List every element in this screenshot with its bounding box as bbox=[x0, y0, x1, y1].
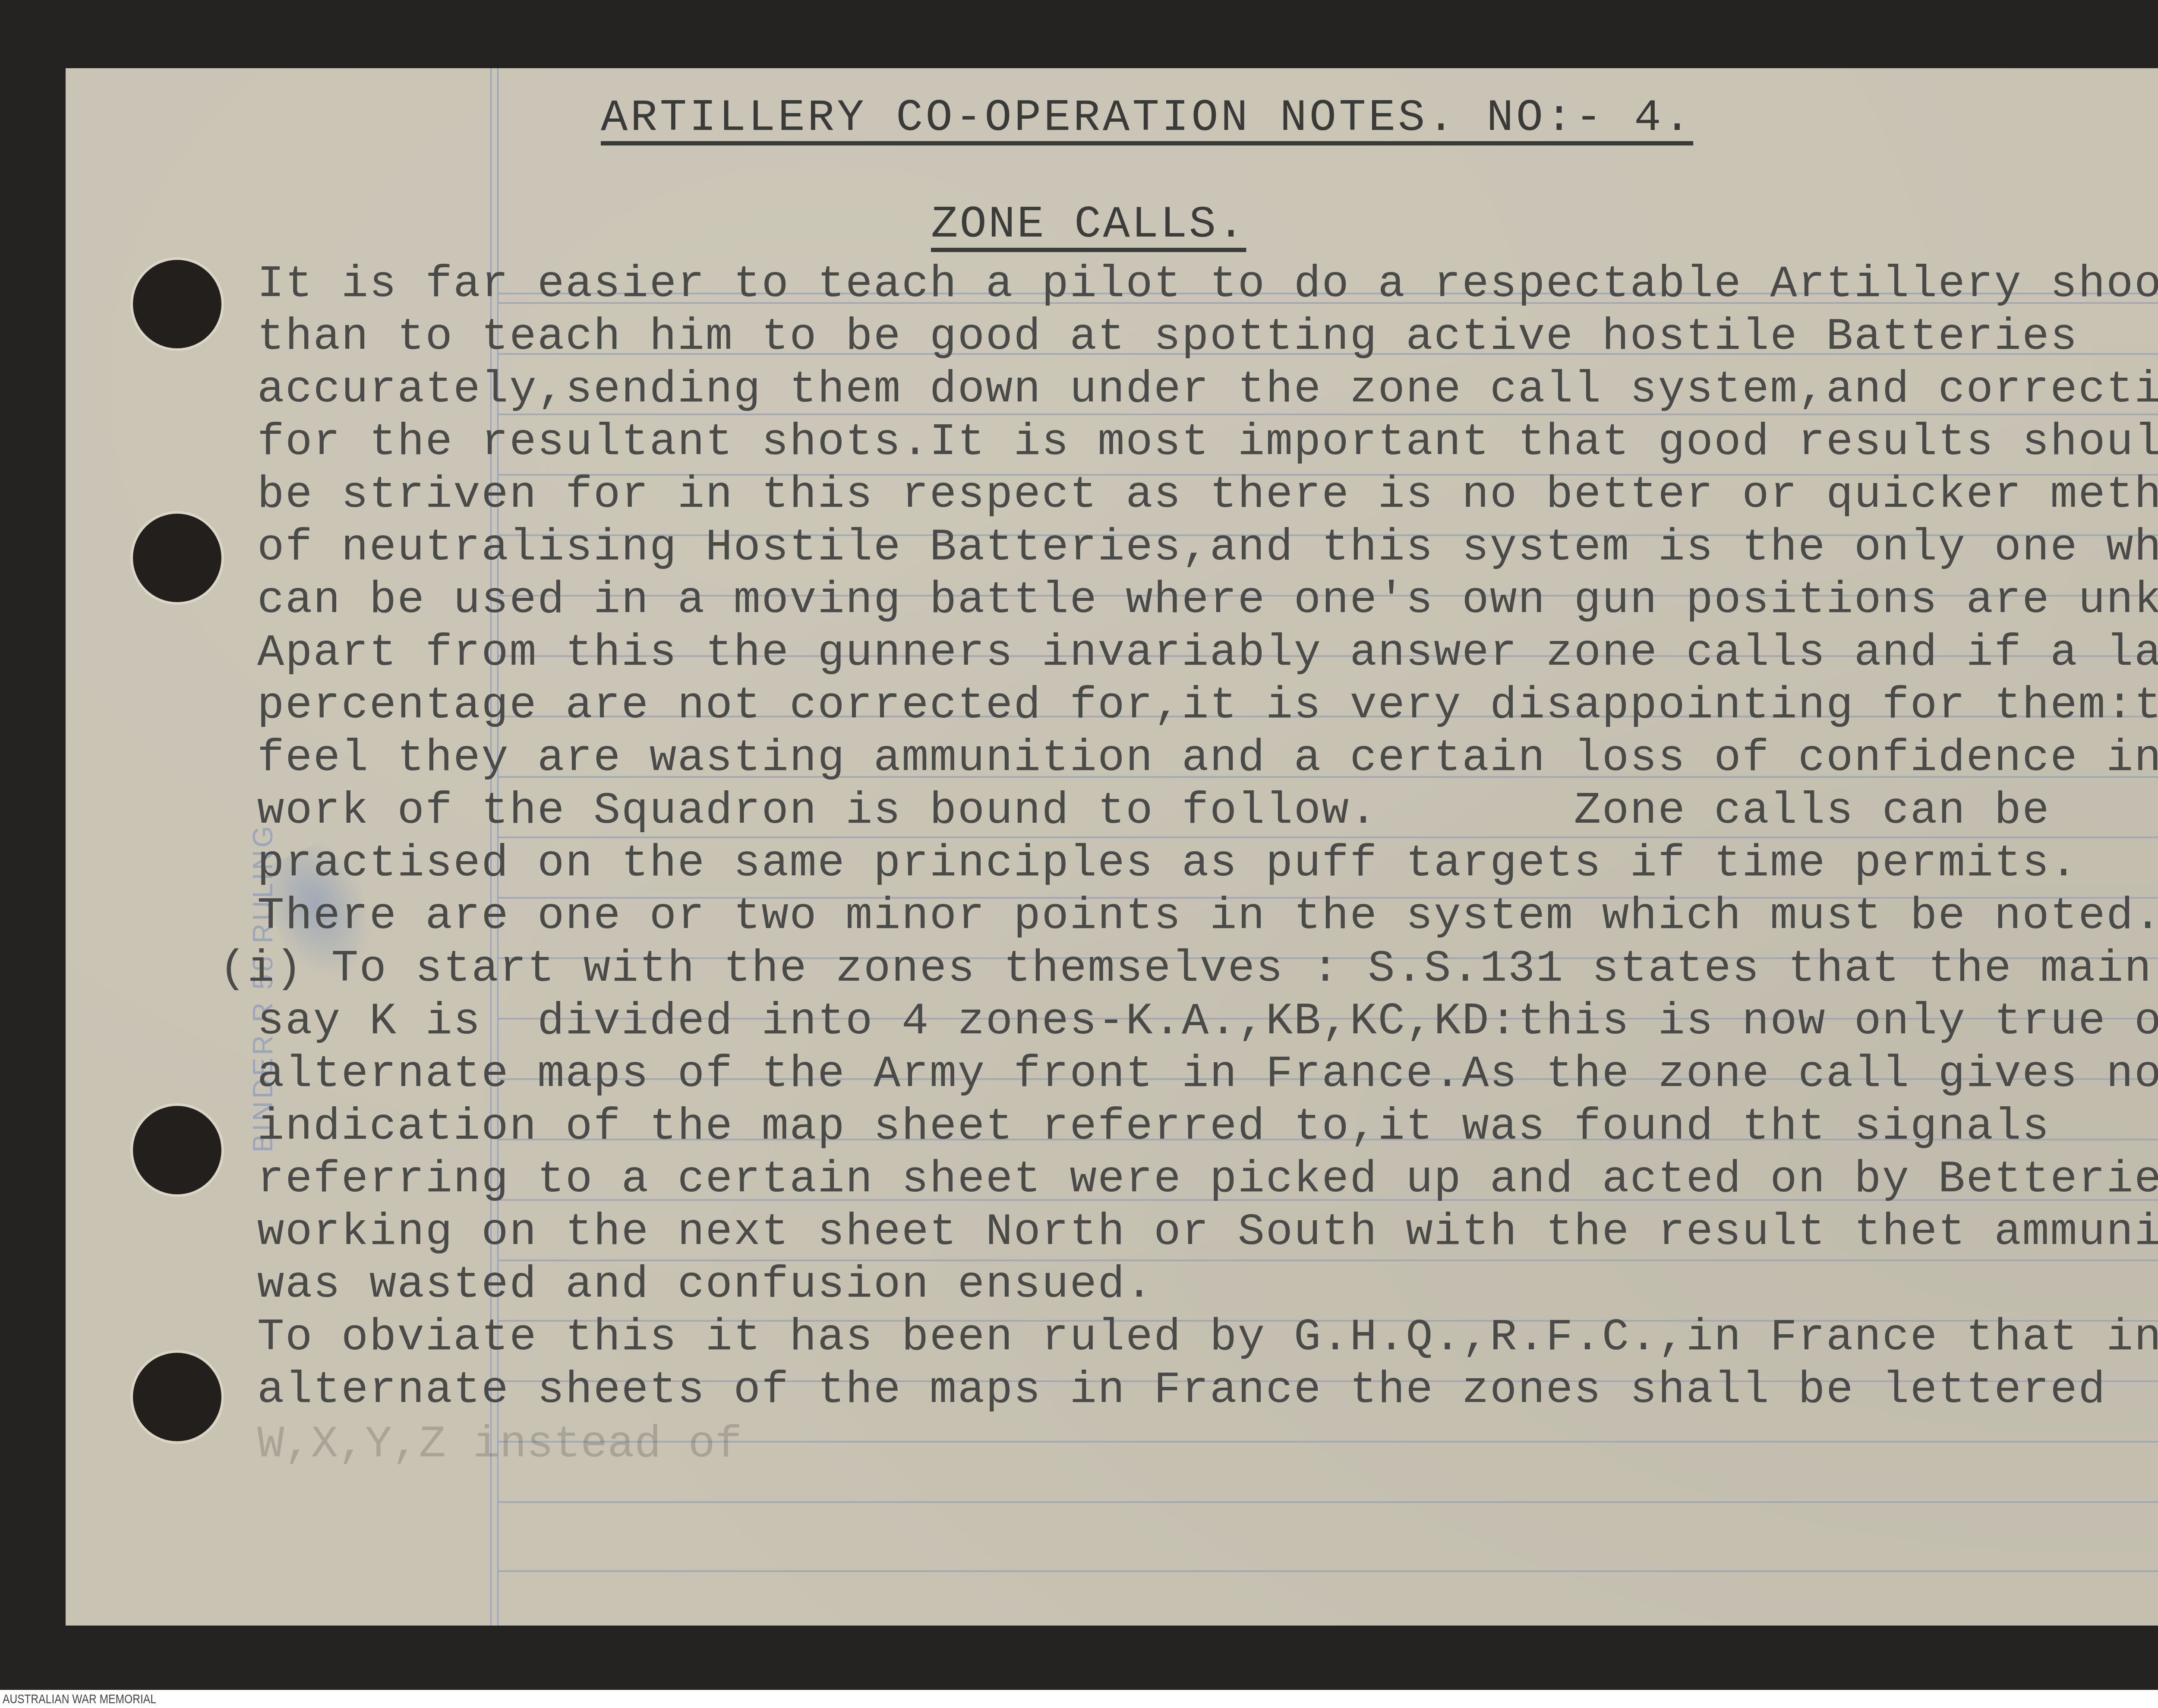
body-line: Apart from this the gunners invariably a… bbox=[257, 627, 2158, 679]
body-line: alternate maps of the Army front in Fran… bbox=[257, 1048, 2158, 1101]
punch-hole bbox=[133, 1353, 221, 1441]
institution-credit: AUSTRALIAN WAR MEMORIAL bbox=[3, 1692, 156, 1707]
ruled-line bbox=[498, 1570, 2158, 1572]
body-line: can be used in a moving battle where one… bbox=[257, 574, 2158, 627]
body-line: was wasted and confusion ensued. bbox=[257, 1259, 1154, 1311]
body-line: practised on the same principles as puff… bbox=[257, 837, 2078, 890]
document-title: ARTILLERY CO-OPERATION NOTES. NO:- 4. bbox=[601, 93, 1693, 144]
ruled-line bbox=[498, 1501, 2158, 1503]
body-line: There are one or two minor points in the… bbox=[257, 890, 2158, 943]
body-line: indication of the map sheet referred to,… bbox=[257, 1101, 2050, 1153]
body-line: work of the Squadron is bound to follow.… bbox=[257, 785, 2050, 837]
faint-carbon-text: W,X,Y,Z instead of bbox=[257, 1419, 742, 1470]
section-heading: ZONE CALLS. bbox=[931, 199, 1246, 250]
body-line: of neutralising Hostile Batteries,and th… bbox=[257, 521, 2158, 574]
body-line: say K is divided into 4 zones-K.A.,KB,KC… bbox=[257, 995, 2158, 1048]
punch-hole bbox=[133, 514, 221, 602]
body-line: working on the next sheet North or South… bbox=[257, 1206, 2158, 1259]
body-line: accurately,sending them down under the z… bbox=[257, 363, 2158, 416]
body-line-numbered-item: (i) To start with the zones themselves :… bbox=[219, 943, 2158, 995]
body-line: alternate sheets of the maps in France t… bbox=[257, 1364, 2106, 1417]
body-line: be striven for in this respect as there … bbox=[257, 469, 2158, 521]
punch-hole bbox=[133, 260, 221, 348]
body-line: percentage are not corrected for,it is v… bbox=[257, 679, 2158, 732]
body-line: for the resultant shots.It is most impor… bbox=[257, 416, 2158, 469]
body-line: To obviate this it has been ruled by G.H… bbox=[257, 1311, 2158, 1364]
ruled-line bbox=[498, 1441, 2158, 1443]
body-line: than to teach him to be good at spotting… bbox=[257, 311, 2078, 363]
body-line: referring to a certain sheet were picked… bbox=[257, 1153, 2158, 1206]
punch-hole bbox=[133, 1106, 221, 1194]
body-line: feel they are wasting ammunition and a c… bbox=[257, 732, 2158, 785]
body-line: It is far easier to teach a pilot to do … bbox=[257, 258, 2158, 311]
